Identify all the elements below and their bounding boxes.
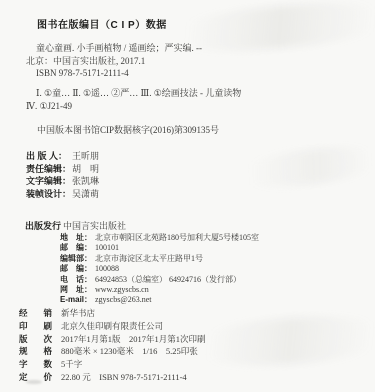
staff-value: 张凯琳 [72,176,99,186]
staff-label: 责任编辑： [26,163,72,176]
detail-value: zgyscbs@263.net [95,295,151,304]
production-label-char: 定 [19,371,28,384]
production-label-char: 规 [19,345,28,358]
staff-row-design: 装帧设计：吴潇萌 [26,188,99,201]
production-value: 22.80 元 ISBN 978-7-5171-2111-4 [61,372,187,382]
staff-value: 吴潇萌 [72,189,99,199]
production-label-char: 版 [19,333,28,346]
staff-value: 王昕朋 [72,151,99,161]
production-label-char: 字 [19,358,28,371]
staff-label: 文字编辑： [26,175,72,188]
production-label: 版次 [19,333,52,346]
production-label-char: 价 [43,371,52,384]
publisher-detail-row-postcode: 邮 编：100101 [60,243,350,253]
staff-row-responsible-editor: 责任编辑：胡 明 [26,163,99,176]
production-row-edition: 版次2017年1月第1版 2017年1月第1次印刷 [19,333,206,346]
production-row-distribution: 经销新华书店 [19,307,206,320]
detail-value: 北京市朝阳区北苑路180号加利大厦5号楼105室 [95,233,259,242]
cip-record-isbn: ISBN 978-7-5171-2111-4 [26,67,326,80]
production-row-price: 定价22.80 元 ISBN 978-7-5171-2111-4 [19,371,206,384]
publisher-detail-row-address: 地 址：北京市朝阳区北苑路180号加利大厦5号楼105室 [60,233,350,243]
production-label: 规格 [19,345,52,358]
classification-line2: Ⅳ. ①J21-49 [26,100,346,113]
publisher-name: 中国言实出版社 [63,221,126,231]
production-label: 定价 [19,371,52,384]
detail-value: 北京市海淀区北太平庄路甲1号 [95,254,203,263]
detail-label: E-mail： [60,295,95,305]
staff-label: 出 版 人： [26,150,72,163]
cip-record-block: 童心童画. 小手画植物 / 遥画绘；严实编. -- 北京：中国言实出版社, 20… [26,42,326,80]
scan-artifact [189,311,375,371]
cip-record-publisher-line: 北京：中国言实出版社, 2017.1 [26,55,326,68]
classification-line1: Ⅰ. ①童… Ⅱ. ①遥… ②严… Ⅲ. ①绘画技法 - 儿童读物 [26,87,346,100]
production-label-char: 刷 [43,320,52,333]
detail-label: 网 址： [60,285,95,295]
staff-row-publisher-person: 出 版 人：王昕朋 [26,150,99,163]
production-row-wordcount: 字数5千字 [19,358,206,371]
scan-artifact [233,141,375,193]
detail-label: 邮 编： [60,243,95,253]
publisher-detail-row-website: 网 址：www.zgyscbs.cn [60,285,350,295]
staff-label: 装帧设计： [26,188,72,201]
publisher-header: 出版发行中国言实出版社 [25,219,126,232]
production-value: 2017年1月第1版 2017年1月第1次印刷 [61,334,206,344]
publisher-details-block: 地 址：北京市朝阳区北苑路180号加利大厦5号楼105室 邮 编：100101 … [60,233,350,306]
production-value: 北京久佳印刷有限责任公司 [61,321,163,331]
publisher-detail-row-email: E-mail：zgyscbs@263.net [60,295,350,305]
book-copyright-page: 图书在版编目（C I P）数据 童心童画. 小手画植物 / 遥画绘；严实编. -… [0,0,375,392]
detail-label: 地 址： [60,233,95,243]
production-label-char: 格 [43,345,52,358]
production-row-format: 规格880毫米 × 1230毫米 1/16 5.25印张 [19,345,206,358]
detail-label: 编辑部： [60,254,95,264]
production-label: 印刷 [19,320,52,333]
production-value: 880毫米 × 1230毫米 1/16 5.25印张 [61,346,198,356]
production-label-char: 销 [43,307,52,320]
staff-value: 胡 明 [72,164,99,174]
staff-block: 出 版 人：王昕朋 责任编辑：胡 明 文字编辑：张凯琳 装帧设计：吴潇萌 [26,150,99,201]
cip-record-number: 中国版本图书馆CIP数据核字(2016)第309135号 [37,123,219,136]
detail-label: 邮 编： [60,264,95,274]
production-value: 新华书店 [61,308,95,318]
publisher-detail-row-editorial-dept: 编辑部：北京市海淀区北太平庄路甲1号 [60,254,350,264]
cip-record-title-line: 童心童画. 小手画植物 / 遥画绘；严实编. -- [26,42,326,55]
detail-label: 电 话： [60,275,95,285]
cip-header: 图书在版编目（C I P）数据 [37,16,167,31]
publisher-label: 出版发行 [25,219,63,232]
detail-value: 64924853（总编室） 64924716（发行部） [95,275,241,284]
production-row-printing: 印刷北京久佳印刷有限责任公司 [19,320,206,333]
production-label-char: 数 [43,358,52,371]
production-label: 字数 [19,358,52,371]
publisher-detail-row-postcode2: 邮 编：100088 [60,264,350,274]
staff-row-text-editor: 文字编辑：张凯琳 [26,175,99,188]
production-value: 5千字 [61,359,82,369]
production-label: 经销 [19,307,52,320]
detail-value: 100088 [95,264,119,273]
production-label-char: 印 [19,320,28,333]
production-label-char: 次 [43,333,52,346]
classification-block: Ⅰ. ①童… Ⅱ. ①遥… ②严… Ⅲ. ①绘画技法 - 儿童读物 Ⅳ. ①J2… [26,87,346,112]
production-block: 经销新华书店 印刷北京久佳印刷有限责任公司 版次2017年1月第1版 2017年… [19,307,206,384]
detail-value: 100101 [95,243,119,252]
detail-value: www.zgyscbs.cn [95,285,149,294]
publisher-detail-row-phone: 电 话：64924853（总编室） 64924716（发行部） [60,275,350,285]
production-label-char: 经 [19,307,28,320]
